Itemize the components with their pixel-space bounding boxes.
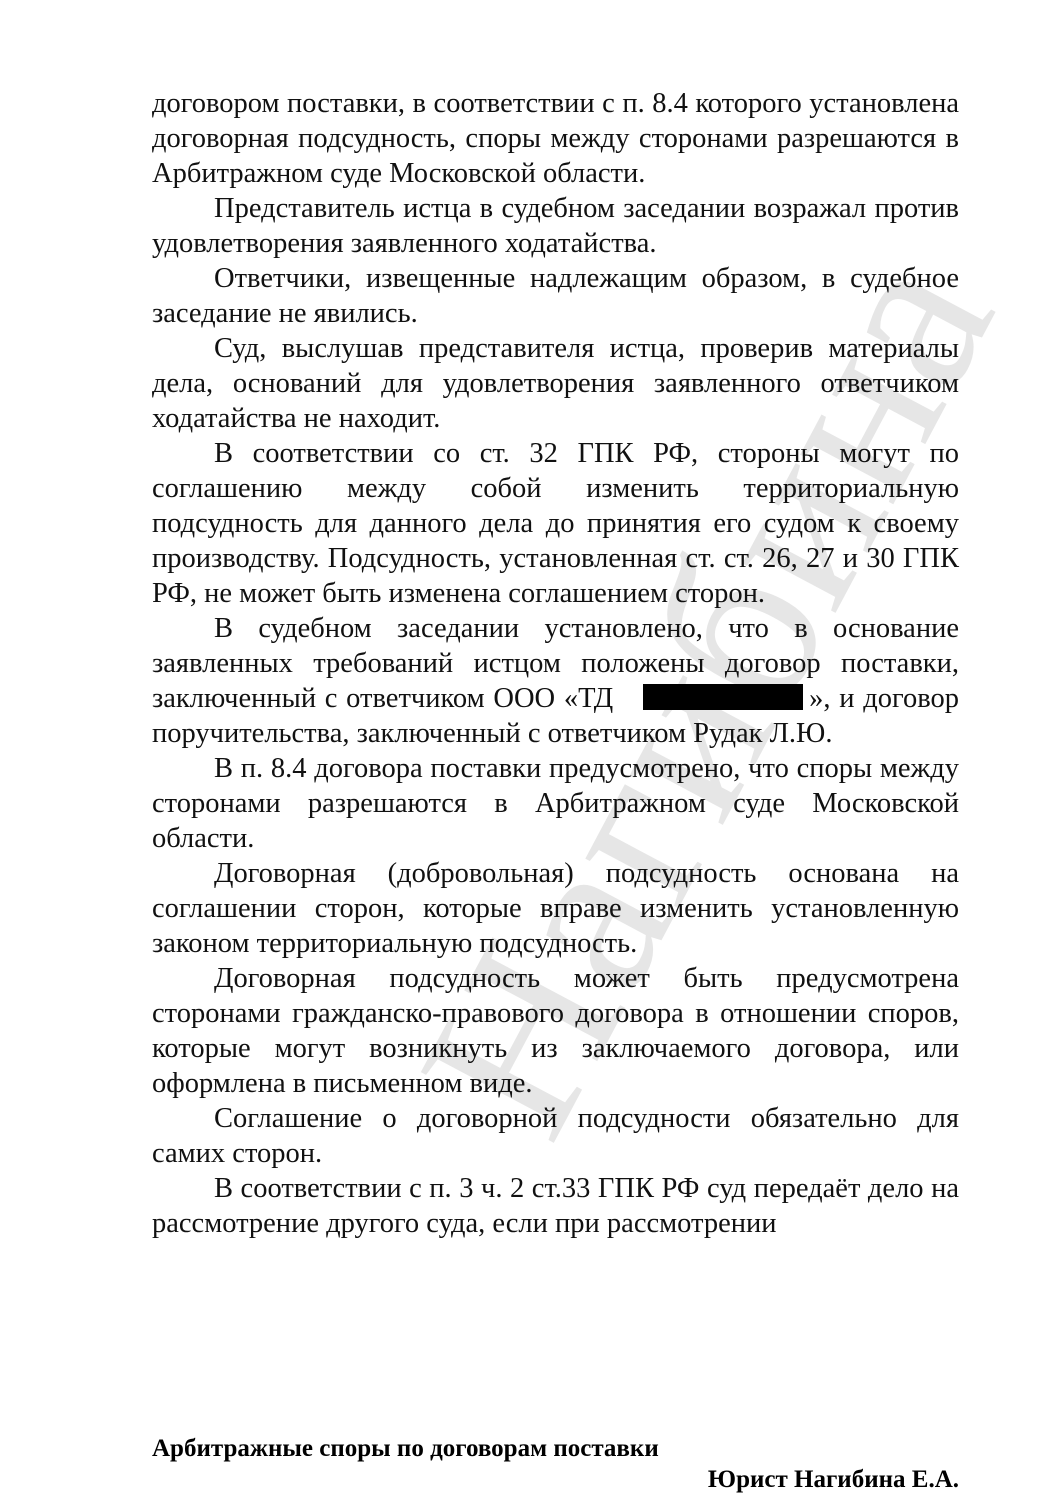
paragraph: договором поставки, в соответствии с п. … — [152, 86, 959, 191]
paragraph: Суд, выслушав представителя истца, прове… — [152, 331, 959, 436]
footer-title: Арбитражные споры по договорам поставки — [152, 1435, 659, 1463]
paragraph-with-redaction: В судебном заседании установлено, что в … — [152, 611, 959, 751]
redaction-block — [643, 684, 803, 710]
paragraph: В п. 8.4 договора поставки предусмотрено… — [152, 751, 959, 856]
document-body: договором поставки, в соответствии с п. … — [152, 86, 959, 1241]
paragraph: Представитель истца в судебном заседании… — [152, 191, 959, 261]
paragraph: Договорная (добровольная) подсудность ос… — [152, 856, 959, 961]
paragraph: Ответчики, извещенные надлежащим образом… — [152, 261, 959, 331]
paragraph: В соответствии со ст. 32 ГПК РФ, стороны… — [152, 436, 959, 611]
footer-author: Юрист Нагибина Е.А. — [708, 1466, 959, 1494]
paragraph: Договорная подсудность может быть предус… — [152, 961, 959, 1101]
paragraph: В соответствии с п. 3 ч. 2 ст.33 ГПК РФ … — [152, 1171, 959, 1241]
paragraph: Соглашение о договорной подсудности обяз… — [152, 1101, 959, 1171]
